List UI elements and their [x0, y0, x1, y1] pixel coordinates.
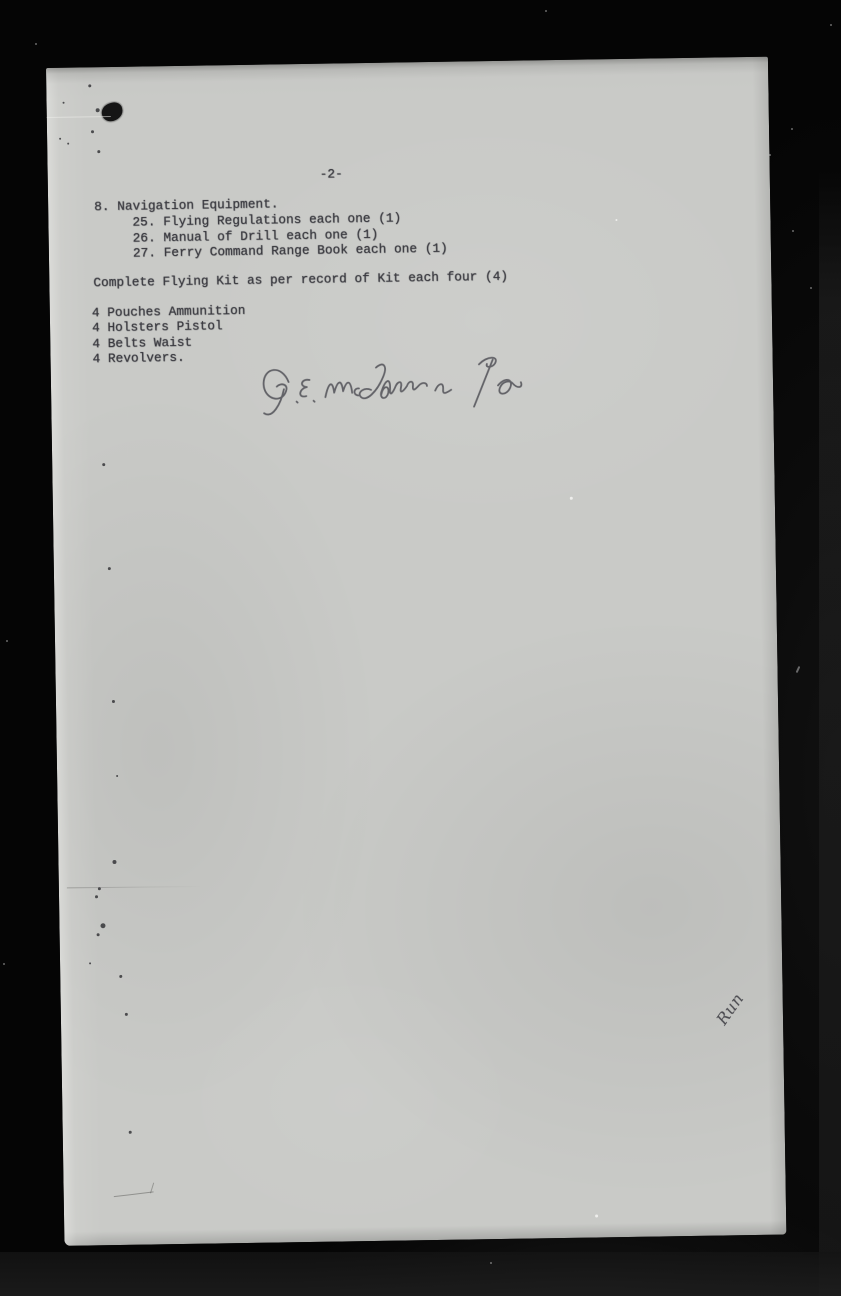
- ink-speck: [97, 150, 100, 153]
- ink-speck: [112, 700, 115, 703]
- paper-scratch: [47, 116, 111, 118]
- section-item-27: 27. Ferry Command Range Book each one (1…: [133, 242, 448, 261]
- section-heading: 8. Navigation Equipment.: [94, 197, 279, 214]
- dust-speck: [6, 640, 8, 642]
- dust-speck: [3, 963, 5, 965]
- dust-speck: [791, 128, 793, 130]
- ink-speck: [59, 138, 61, 140]
- dust-speck: [545, 10, 547, 12]
- dust-speck: [35, 43, 37, 45]
- paper-bright-speck: [570, 497, 573, 500]
- paper-crease: [114, 1191, 154, 1197]
- ink-speck: [89, 962, 91, 964]
- scan-background: -2- 8. Navigation Equipment. 25. Flying …: [0, 0, 841, 1296]
- kit-summary-line: Complete Flying Kit as per record of Kit…: [93, 270, 508, 291]
- margin-note-handwriting: Run: [712, 989, 747, 1028]
- ink-speck: [88, 84, 91, 87]
- ink-blot: [100, 101, 125, 124]
- inventory-line: 4 Holsters Pistol: [92, 319, 223, 335]
- paper-bright-speck: [595, 1214, 598, 1217]
- scan-edge-shade-bottom: [0, 1252, 841, 1296]
- scan-edge-shade-right: [819, 170, 841, 1296]
- scanned-page: -2- 8. Navigation Equipment. 25. Flying …: [46, 57, 786, 1246]
- paper-bright-speck: [615, 219, 617, 221]
- ink-speck: [129, 1131, 132, 1134]
- ink-speck: [125, 1013, 128, 1016]
- ink-speck: [98, 887, 101, 890]
- inventory-line: 4 Revolvers.: [92, 351, 184, 366]
- ink-speck: [100, 923, 105, 928]
- ink-speck: [112, 860, 116, 864]
- film-scratch-mark: [796, 666, 801, 673]
- ink-speck: [116, 775, 118, 777]
- paper-crease: [67, 886, 202, 888]
- ink-speck: [108, 567, 111, 570]
- dust-speck: [830, 24, 832, 26]
- dust-speck: [810, 287, 812, 289]
- dust-speck: [490, 1262, 492, 1264]
- ink-speck: [97, 933, 100, 936]
- ink-speck: [63, 102, 65, 104]
- signature-handwriting: [253, 341, 541, 437]
- ink-speck: [96, 108, 100, 112]
- ink-speck: [95, 895, 98, 898]
- ink-speck: [67, 143, 69, 145]
- dust-speck: [769, 154, 771, 156]
- ink-speck: [91, 130, 94, 133]
- dust-speck: [792, 230, 794, 232]
- ink-speck: [102, 463, 105, 466]
- ink-speck: [119, 975, 122, 978]
- page-number: -2-: [320, 167, 343, 181]
